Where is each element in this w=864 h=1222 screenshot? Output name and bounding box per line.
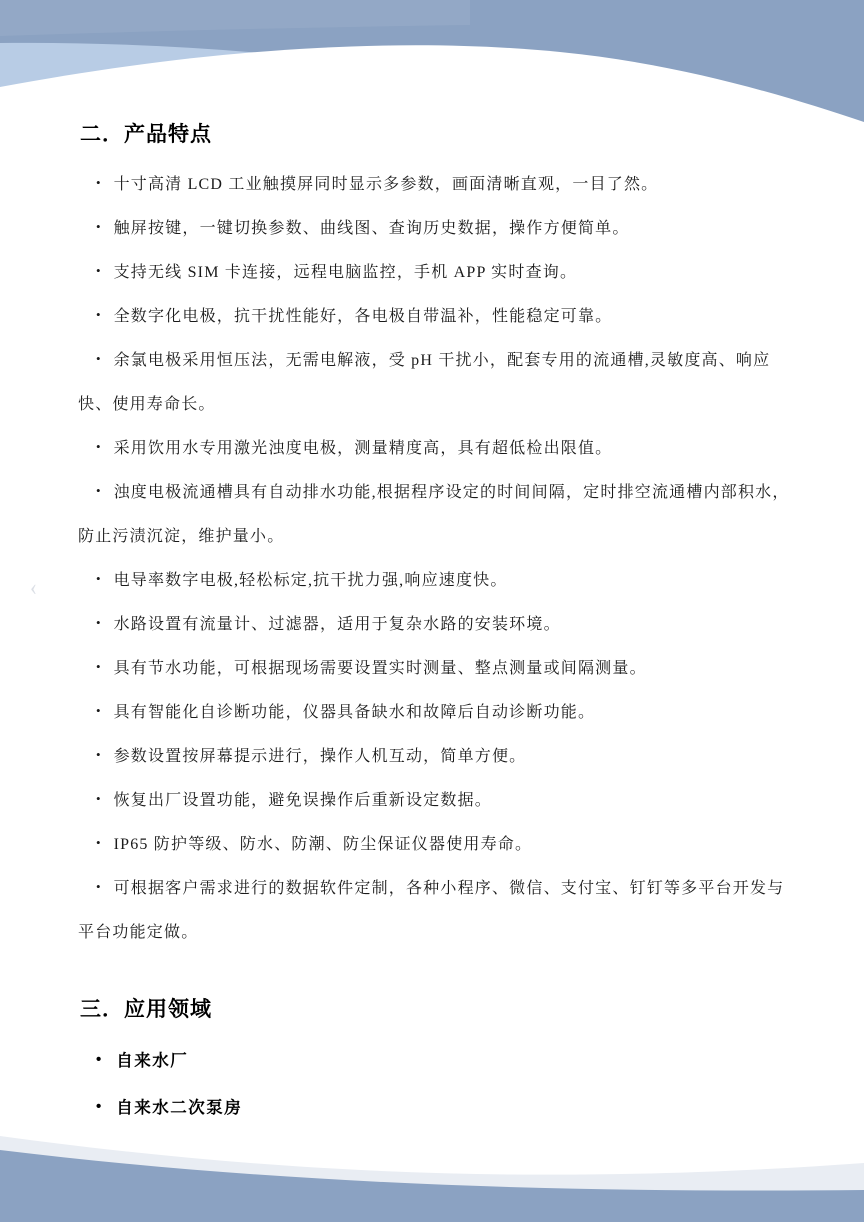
bullet-icon: • [87, 821, 101, 865]
feature-text: 恢复出厂设置功能，避免误操作后重新设定数据。 [114, 792, 492, 809]
page-content: 二．产品特点 •十寸高清 LCD 工业触摸屏同时显示多参数，画面清晰直观，一目了… [78, 121, 790, 1132]
applications-section: 三．应用领域 •自来水厂 •自来水二次泵房 [78, 996, 790, 1132]
scan-artifact: ‹ [30, 573, 37, 602]
bullet-icon: • [87, 1037, 101, 1083]
list-item: •触屏按键，一键切换参数、曲线图、查询历史数据，操作方便简单。 [78, 207, 790, 251]
footer-ornament [0, 1130, 864, 1222]
bullet-icon: • [87, 205, 101, 249]
list-item: •采用饮用水专用激光浊度电极，测量精度高，具有超低检出限值。 [78, 427, 790, 471]
bullet-icon: • [87, 1084, 101, 1130]
bullet-icon: • [87, 733, 101, 777]
bullet-icon: • [87, 337, 101, 381]
feature-text: 浊度电极流通槽具有自动排水功能,根据程序设定的时间间隔，定时排空流通槽内部积水，… [78, 484, 790, 545]
section-title-features: 二．产品特点 [80, 121, 790, 148]
bullet-icon: • [87, 293, 101, 337]
list-item: •水路设置有流量计、过滤器，适用于复杂水路的安装环境。 [78, 603, 790, 647]
list-item: •具有智能化自诊断功能，仪器具备缺水和故障后自动诊断功能。 [78, 691, 790, 735]
bullet-icon: • [87, 249, 101, 293]
feature-text: 具有节水功能，可根据现场需要设置实时测量、整点测量或间隔测量。 [114, 660, 647, 677]
list-item: •全数字化电极，抗干扰性能好，各电极自带温补，性能稳定可靠。 [78, 295, 790, 339]
feature-text: 十寸高清 LCD 工业触摸屏同时显示多参数，画面清晰直观，一目了然。 [114, 176, 659, 193]
list-item: •支持无线 SIM 卡连接，远程电脑监控，手机 APP 实时查询。 [78, 251, 790, 295]
bullet-icon: • [87, 161, 101, 205]
application-text: 自来水厂 [116, 1052, 188, 1070]
bullet-icon: • [87, 425, 101, 469]
list-item: •可根据客户需求进行的数据软件定制，各种小程序、微信、支付宝、钉钉等多平台开发与… [78, 867, 790, 955]
feature-text: 全数字化电极，抗干扰性能好，各电极自带温补，性能稳定可靠。 [114, 308, 613, 325]
bullet-icon: • [87, 645, 101, 689]
list-item: •余氯电极采用恒压法，无需电解液，受 pH 干扰小，配套专用的流通槽,灵敏度高、… [78, 339, 790, 427]
bullet-icon: • [87, 689, 101, 733]
bullet-icon: • [87, 469, 101, 513]
bullet-icon: • [87, 777, 101, 821]
list-item: •参数设置按屏幕提示进行，操作人机互动，简单方便。 [78, 735, 790, 779]
feature-text: 支持无线 SIM 卡连接，远程电脑监控，手机 APP 实时查询。 [114, 264, 578, 281]
list-item: •自来水二次泵房 [78, 1085, 790, 1132]
feature-text: 触屏按键，一键切换参数、曲线图、查询历史数据，操作方便简单。 [114, 220, 630, 237]
feature-text: 具有智能化自诊断功能，仪器具备缺水和故障后自动诊断功能。 [114, 704, 596, 721]
list-item: •IP65 防护等级、防水、防潮、防尘保证仪器使用寿命。 [78, 823, 790, 867]
list-item: •自来水厂 [78, 1038, 790, 1085]
header-ornament [0, 0, 864, 140]
feature-text: 水路设置有流量计、过滤器，适用于复杂水路的安装环境。 [114, 616, 561, 633]
section-title-applications: 三．应用领域 [80, 996, 790, 1023]
feature-text: IP65 防护等级、防水、防潮、防尘保证仪器使用寿命。 [114, 836, 533, 853]
application-text: 自来水二次泵房 [116, 1099, 242, 1117]
list-item: •浊度电极流通槽具有自动排水功能,根据程序设定的时间间隔，定时排空流通槽内部积水… [78, 471, 790, 559]
bullet-icon: • [87, 601, 101, 645]
feature-text: 电导率数字电极,轻松标定,抗干扰力强,响应速度快。 [114, 572, 508, 589]
list-item: •电导率数字电极,轻松标定,抗干扰力强,响应速度快。 [78, 559, 790, 603]
feature-text: 参数设置按屏幕提示进行，操作人机互动，简单方便。 [114, 748, 527, 765]
document-page: ‹ 二．产品特点 •十寸高清 LCD 工业触摸屏同时显示多参数，画面清晰直观，一… [0, 0, 864, 1222]
bullet-icon: • [87, 865, 101, 909]
list-item: •恢复出厂设置功能，避免误操作后重新设定数据。 [78, 779, 790, 823]
list-item: •十寸高清 LCD 工业触摸屏同时显示多参数，画面清晰直观，一目了然。 [78, 163, 790, 207]
feature-text: 可根据客户需求进行的数据软件定制，各种小程序、微信、支付宝、钉钉等多平台开发与平… [78, 880, 784, 941]
bullet-icon: • [87, 557, 101, 601]
feature-text: 采用饮用水专用激光浊度电极，测量精度高，具有超低检出限值。 [114, 440, 613, 457]
feature-text: 余氯电极采用恒压法，无需电解液，受 pH 干扰小，配套专用的流通槽,灵敏度高、响… [78, 352, 770, 413]
list-item: •具有节水功能，可根据现场需要设置实时测量、整点测量或间隔测量。 [78, 647, 790, 691]
